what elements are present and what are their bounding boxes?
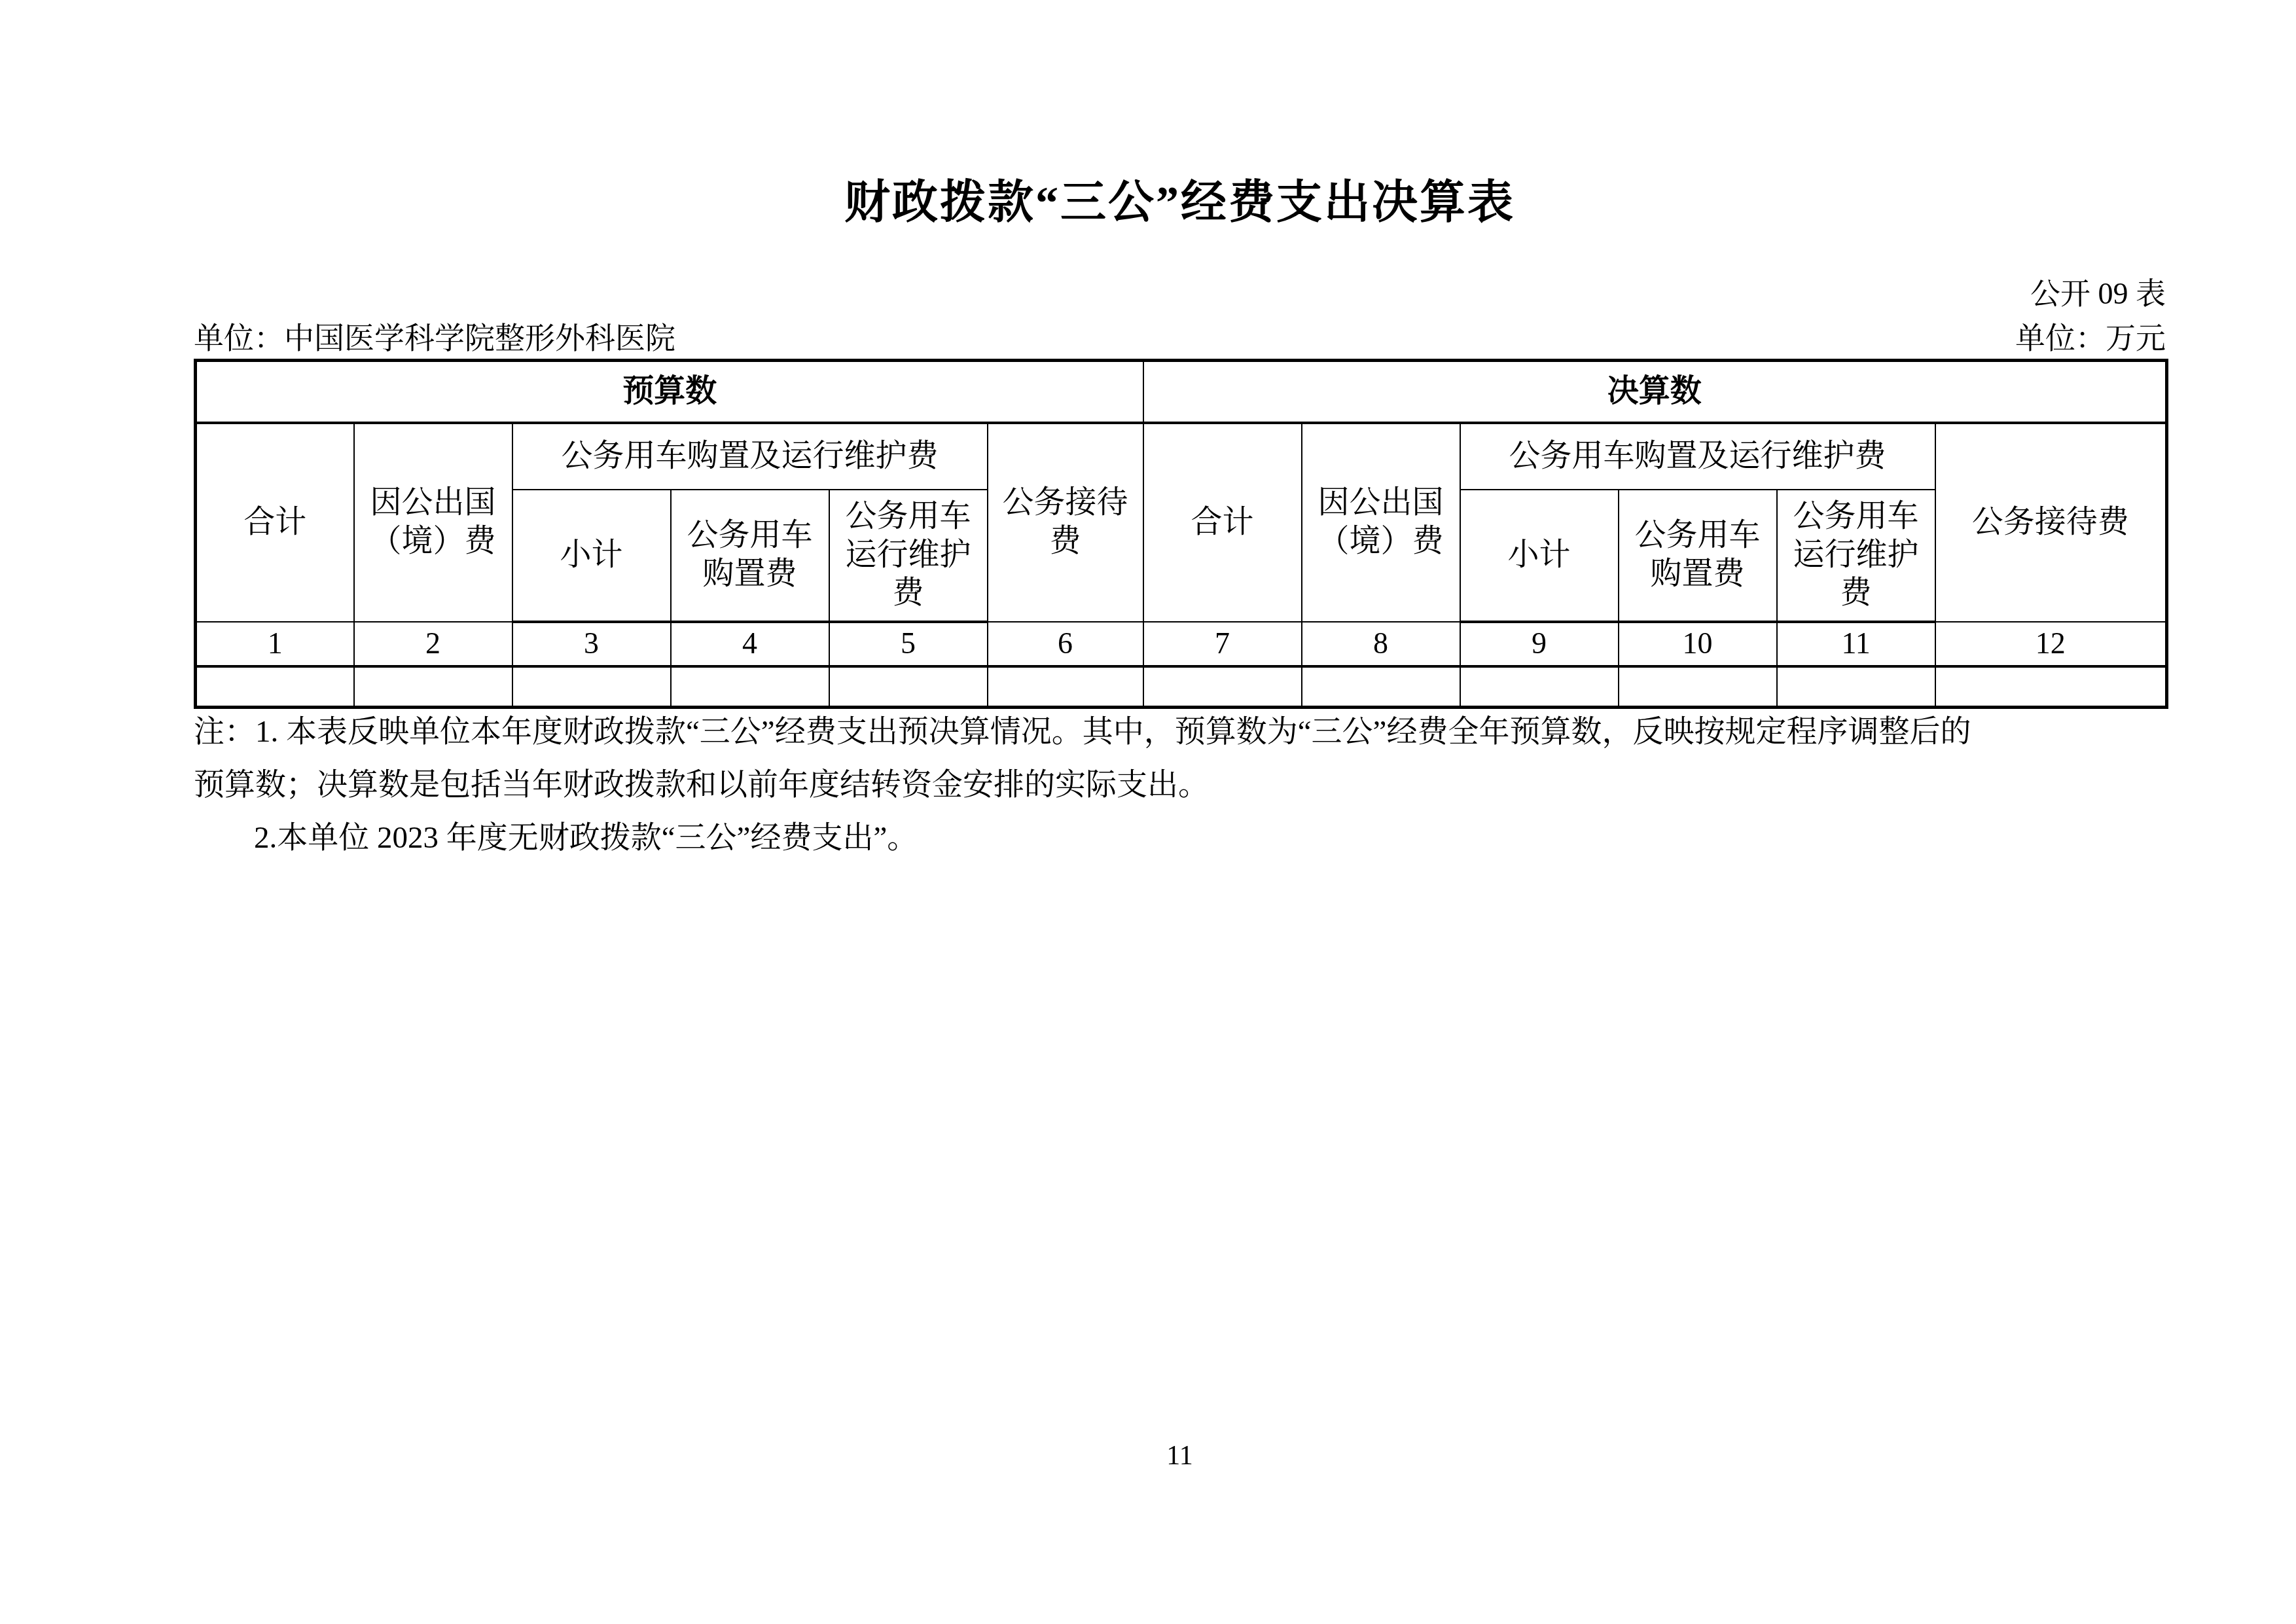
final-vehicle-purchase-header: 公务用车 购置费 — [1619, 490, 1777, 622]
column-number-3: 3 — [512, 622, 671, 666]
note-line-1: 注：1. 本表反映单位本年度财政拨款“三公”经费支出预决算情况。其中，预算数为“… — [194, 706, 2197, 759]
budget-section-header: 预算数 — [196, 361, 1143, 423]
page-number: 11 — [194, 1440, 2166, 1471]
document-page: 财政拨款“三公”经费支出决算表 公开 09 表 单位：中国医学科学院整形外科医院… — [0, 0, 2296, 1624]
data-cell-4 — [671, 666, 829, 708]
footnotes: 注：1. 本表反映单位本年度财政拨款“三公”经费支出预决算情况。其中，预算数为“… — [194, 706, 2197, 865]
column-number-1: 1 — [196, 622, 354, 666]
page-title: 财政拨款“三公”经费支出决算表 — [194, 178, 2166, 228]
column-header-row-upper: 合计 因公出国 （境）费 公务用车购置及运行维护费 公务接待 费 合计 因公出国… — [196, 423, 2167, 490]
three-public-expenses-table: 预算数 决算数 合计 因公出国 （境）费 公务用车购置及运行维护费 公务接待 费… — [194, 359, 2168, 709]
data-cell-10 — [1619, 666, 1777, 708]
data-cell-7 — [1143, 666, 1302, 708]
data-cell-9 — [1460, 666, 1619, 708]
budget-subtotal-header: 小计 — [512, 490, 671, 622]
note-line-3: 2.本单位 2023 年度无财政拨款“三公”经费支出”。 — [194, 812, 2197, 865]
budget-total-header: 合计 — [196, 423, 354, 622]
final-reception-header: 公务接待费 — [1935, 423, 2167, 622]
budget-vehicle-maintenance-header: 公务用车 运行维护 费 — [829, 490, 988, 622]
column-number-8: 8 — [1302, 622, 1460, 666]
column-number-10: 10 — [1619, 622, 1777, 666]
data-cell-2 — [354, 666, 512, 708]
budget-vehicle-purchase-header: 公务用车 购置费 — [671, 490, 829, 622]
column-number-2: 2 — [354, 622, 512, 666]
data-cell-1 — [196, 666, 354, 708]
data-row — [196, 666, 2167, 708]
unit-info-row: 单位：中国医学科学院整形外科医院 单位：万元 — [194, 322, 2166, 355]
final-vehicle-maintenance-header: 公务用车 运行维护 费 — [1777, 490, 1935, 622]
column-number-6: 6 — [988, 622, 1143, 666]
data-cell-8 — [1302, 666, 1460, 708]
unit-name-label: 单位：中国医学科学院整形外科医院 — [194, 322, 675, 355]
note-line-2: 预算数；决算数是包括当年财政拨款和以前年度结转资金安排的实际支出。 — [194, 759, 2197, 812]
column-number-7: 7 — [1143, 622, 1302, 666]
column-number-9: 9 — [1460, 622, 1619, 666]
data-cell-5 — [829, 666, 988, 708]
final-abroad-header: 因公出国 （境）费 — [1302, 423, 1460, 622]
final-total-header: 合计 — [1143, 423, 1302, 622]
data-cell-3 — [512, 666, 671, 708]
budget-abroad-header: 因公出国 （境）费 — [354, 423, 512, 622]
data-cell-11 — [1777, 666, 1935, 708]
section-header-row: 预算数 决算数 — [196, 361, 2167, 423]
column-number-12: 12 — [1935, 622, 2167, 666]
final-section-header: 决算数 — [1143, 361, 2167, 423]
unit-of-measure-label: 单位：万元 — [2015, 322, 2166, 355]
data-cell-12 — [1935, 666, 2167, 708]
column-number-11: 11 — [1777, 622, 1935, 666]
column-number-4: 4 — [671, 622, 829, 666]
data-cell-6 — [988, 666, 1143, 708]
final-vehicle-group-header: 公务用车购置及运行维护费 — [1460, 423, 1935, 490]
form-code-label: 公开 09 表 — [2030, 278, 2166, 311]
column-number-row: 1 2 3 4 5 6 7 8 9 10 11 12 — [196, 622, 2167, 666]
final-subtotal-header: 小计 — [1460, 490, 1619, 622]
column-number-5: 5 — [829, 622, 988, 666]
budget-vehicle-group-header: 公务用车购置及运行维护费 — [512, 423, 988, 490]
budget-reception-header: 公务接待 费 — [988, 423, 1143, 622]
